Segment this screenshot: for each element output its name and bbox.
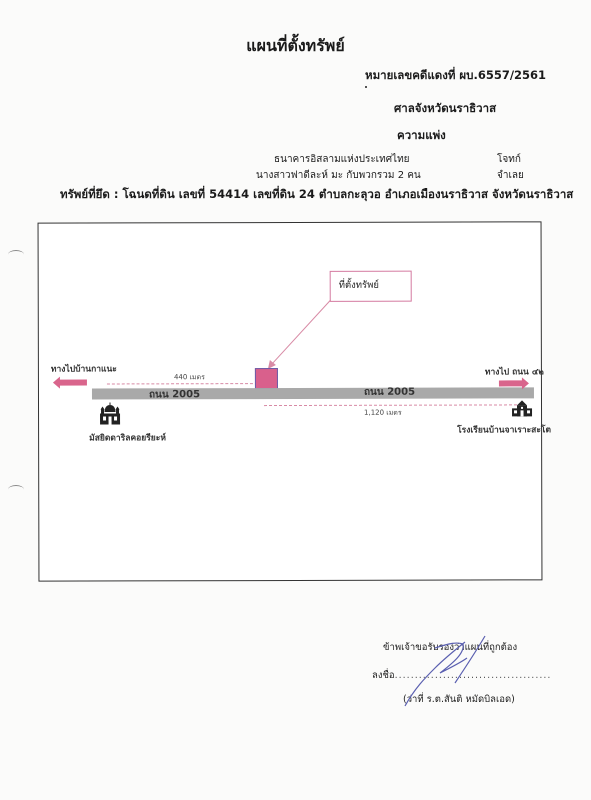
court-name: ศาลจังหวัดนราธิวาส — [394, 100, 496, 118]
seized-property: ทรัพย์ที่ยึด : โฉนดที่ดิน เลขที่ 54414 เ… — [60, 186, 573, 204]
case-number: หมายเลขคดีแดงที่ ผบ.6557/2561 — [365, 67, 546, 85]
school-icon — [511, 399, 533, 417]
left-distance-label: 440 เมตร — [174, 372, 205, 383]
property-location-marker — [255, 368, 278, 389]
case-type: ความแพ่ง — [397, 127, 446, 145]
right-direction-label: ทางไป ถนน ๔๒ — [485, 364, 544, 378]
mosque-icon — [99, 401, 121, 425]
sign-label: ลงชื่อ — [372, 670, 395, 681]
punch-hole-mark — [8, 250, 24, 259]
landmark-left-label: มัสยิดดาริลคอยรียะห์ — [89, 430, 166, 444]
road-label-right: ถนน 2005 — [364, 385, 415, 400]
punch-hole-mark — [8, 485, 24, 494]
handwritten-signature — [395, 628, 505, 708]
left-direction-arrow — [59, 380, 87, 386]
plaintiff-name: ธนาคารอิสลามแห่งประเทศไทย — [274, 152, 410, 167]
right-distance-label: 1,120 เมตร — [364, 408, 402, 419]
stray-mark — [365, 86, 367, 88]
landmark-right-label: โรงเรียนบ้านจาเราะสะโต — [457, 422, 551, 436]
road-label-left: ถนน 2005 — [149, 387, 200, 402]
defendant-role: จำเลย — [497, 168, 524, 183]
right-direction-arrow — [499, 380, 523, 386]
location-map: ที่ตั้งทรัพย์ ทางไปบ้านกาแนะ 440 เมตร ถน… — [38, 221, 543, 581]
document-title: แผนที่ตั้งทรัพย์ — [0, 34, 591, 59]
plaintiff-role: โจทก์ — [497, 152, 521, 167]
defendant-name: นางสาวฟาดีละห์ มะ กับพวกรวม 2 คน — [256, 168, 421, 183]
left-direction-label: ทางไปบ้านกาแนะ — [51, 361, 117, 375]
